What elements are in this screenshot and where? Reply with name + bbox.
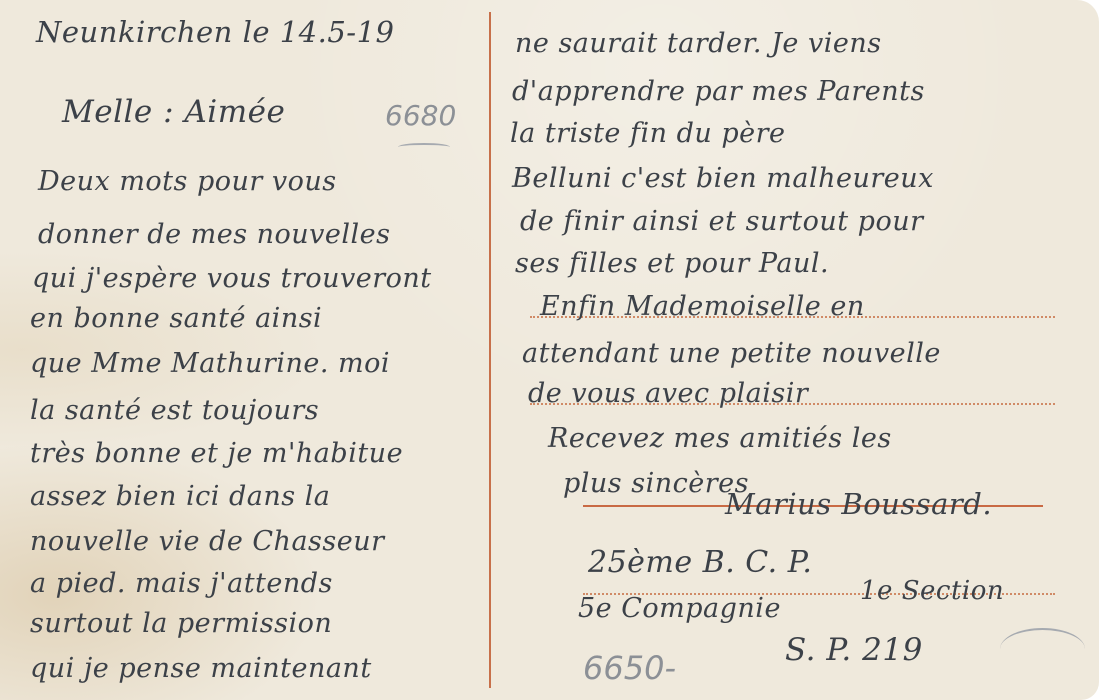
pencil-arc-mark — [1000, 628, 1085, 670]
body-line-2: donner de mes nouvelles — [38, 221, 391, 248]
right-line-6: ses filles et pour Paul. — [515, 250, 829, 277]
right-line-5: de finir ainsi et surtout pour — [520, 208, 924, 235]
right-line-11: plus sincères — [563, 470, 749, 497]
right-line-7: Enfin Mademoiselle en — [540, 293, 865, 320]
pencil-number-top: 6680 — [385, 102, 456, 130]
body-line-9: nouvelle vie de Chasseur — [30, 528, 385, 555]
pencil-underline — [398, 143, 450, 151]
address-section: 1e Section — [860, 578, 1004, 604]
address-postal-sector: S. P. 219 — [785, 635, 923, 666]
place-date: Neunkirchen le 14.5-19 — [36, 18, 395, 47]
right-line-4: Belluni c'est bien malheureux — [512, 165, 934, 192]
right-line-2: d'apprendre par mes Parents — [512, 78, 925, 105]
body-line-4: en bonne santé ainsi — [30, 305, 322, 332]
body-line-8: assez bien ici dans la — [30, 483, 330, 510]
body-line-1: Deux mots pour vous — [38, 168, 337, 195]
body-line-12: qui je pense maintenant — [30, 655, 372, 682]
address-company: 5e Compagnie — [578, 595, 781, 622]
signature: Marius Boussard. — [725, 490, 992, 519]
right-line-3: la triste fin du père — [510, 120, 785, 147]
right-line-1: ne saurait tarder. Je viens — [515, 30, 882, 57]
pencil-number-bottom: 6650- — [583, 652, 676, 684]
right-line-9: de vous avec plaisir — [528, 380, 808, 407]
body-line-5: que Mme Mathurine. moi — [30, 350, 390, 377]
body-line-3: qui j'espère vous trouveront — [32, 265, 432, 292]
right-line-10: Recevez mes amitiés les — [548, 425, 892, 452]
salutation: Melle : Aimée — [62, 97, 285, 128]
center-divider-line — [489, 12, 491, 688]
body-line-11: surtout la permission — [30, 610, 332, 637]
body-line-7: très bonne et je m'habitue — [30, 440, 403, 467]
address-unit: 25ème B. C. P. — [588, 548, 812, 578]
body-line-10: a pied. mais j'attends — [30, 570, 333, 597]
postcard: Neunkirchen le 14.5-19 Melle : Aimée 668… — [0, 0, 1099, 700]
body-line-6: la santé est toujours — [30, 397, 319, 424]
right-line-8: attendant une petite nouvelle — [522, 340, 941, 367]
